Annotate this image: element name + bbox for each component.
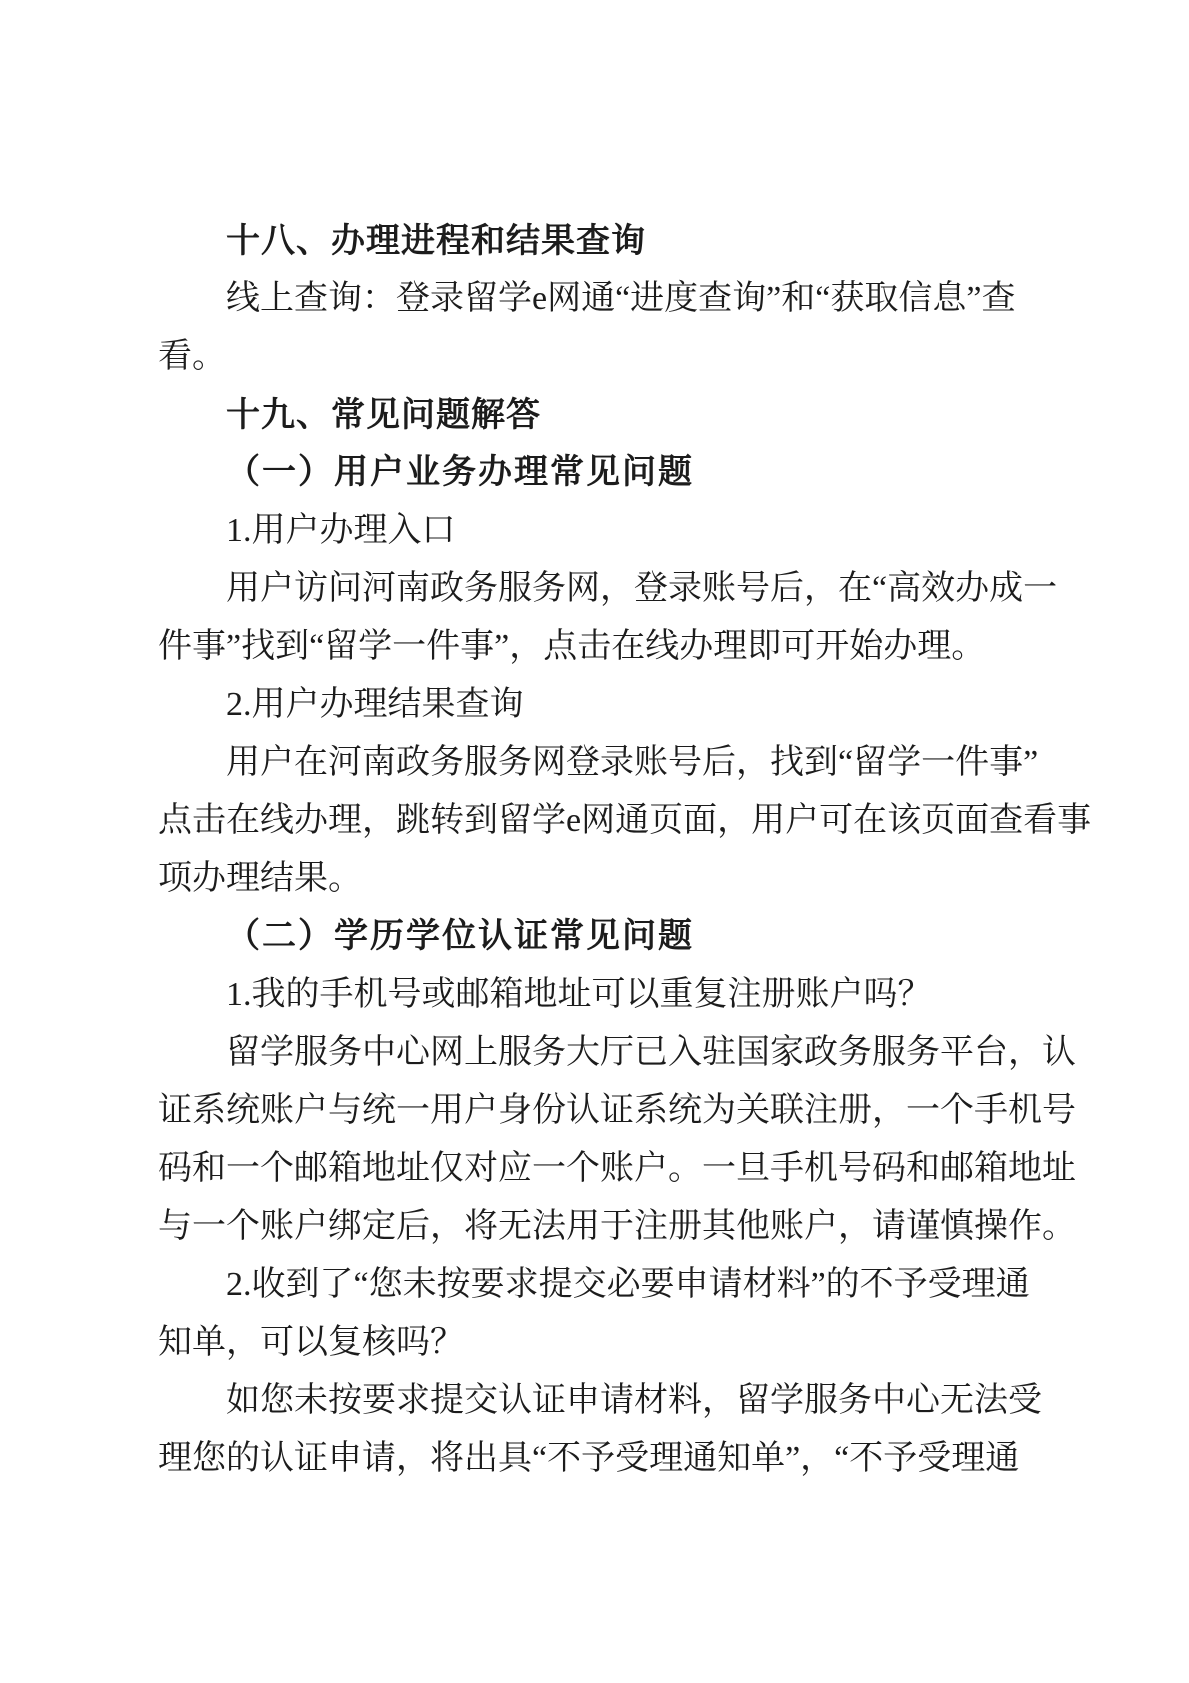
text-line: 证系统账户与统一用户身份认证系统为关联注册，一个手机号 — [158, 1082, 1058, 1140]
document-page: 十八、办理进程和结果查询 线上查询：登录留学e网通“进度查询”和“获取信息”查 … — [0, 0, 1189, 1683]
text-line: 件事”找到“留学一件事”，点击在线办理即可开始办理。 — [158, 618, 1058, 676]
subsection-heading-2: （二）学历学位认证常见问题 — [158, 908, 1058, 966]
item-heading-phone-email: 1.我的手机号或邮箱地址可以重复注册账户吗？ — [158, 966, 1058, 1024]
item-heading-rejection: 2.收到了“您未按要求提交必要申请材料”的不予受理通 — [158, 1256, 1058, 1314]
text-line: 留学服务中心网上服务大厅已入驻国家政务服务平台，认 — [158, 1024, 1058, 1082]
text-line: 码和一个邮箱地址仅对应一个账户。一旦手机号码和邮箱地址 — [158, 1140, 1058, 1198]
text-line: 理您的认证申请，将出具“不予受理通知单”，“不予受理通 — [158, 1430, 1058, 1488]
item-heading-result-query: 2.用户办理结果查询 — [158, 676, 1058, 734]
text-line: 知单，可以复核吗？ — [158, 1314, 1058, 1372]
text-line: 点击在线办理，跳转到留学e网通页面，用户可在该页面查看事 — [158, 792, 1058, 850]
section-heading-18: 十八、办理进程和结果查询 — [158, 212, 1058, 270]
item-heading-user-entry: 1.用户办理入口 — [158, 502, 1058, 560]
text-line: 如您未按要求提交认证申请材料，留学服务中心无法受 — [158, 1372, 1058, 1430]
text-line: 项办理结果。 — [158, 850, 1058, 908]
text-line: 用户在河南政务服务网登录账号后，找到“留学一件事” — [158, 734, 1058, 792]
document-text-block: 十八、办理进程和结果查询 线上查询：登录留学e网通“进度查询”和“获取信息”查 … — [158, 212, 1058, 1488]
text-line: 用户访问河南政务服务网，登录账号后，在“高效办成一 — [158, 560, 1058, 618]
text-line: 看。 — [158, 328, 1058, 386]
subsection-heading-1: （一）用户业务办理常见问题 — [158, 444, 1058, 502]
text-line: 线上查询：登录留学e网通“进度查询”和“获取信息”查 — [158, 270, 1058, 328]
section-heading-19: 十九、常见问题解答 — [158, 386, 1058, 444]
text-line: 与一个账户绑定后，将无法用于注册其他账户，请谨慎操作。 — [158, 1198, 1058, 1256]
